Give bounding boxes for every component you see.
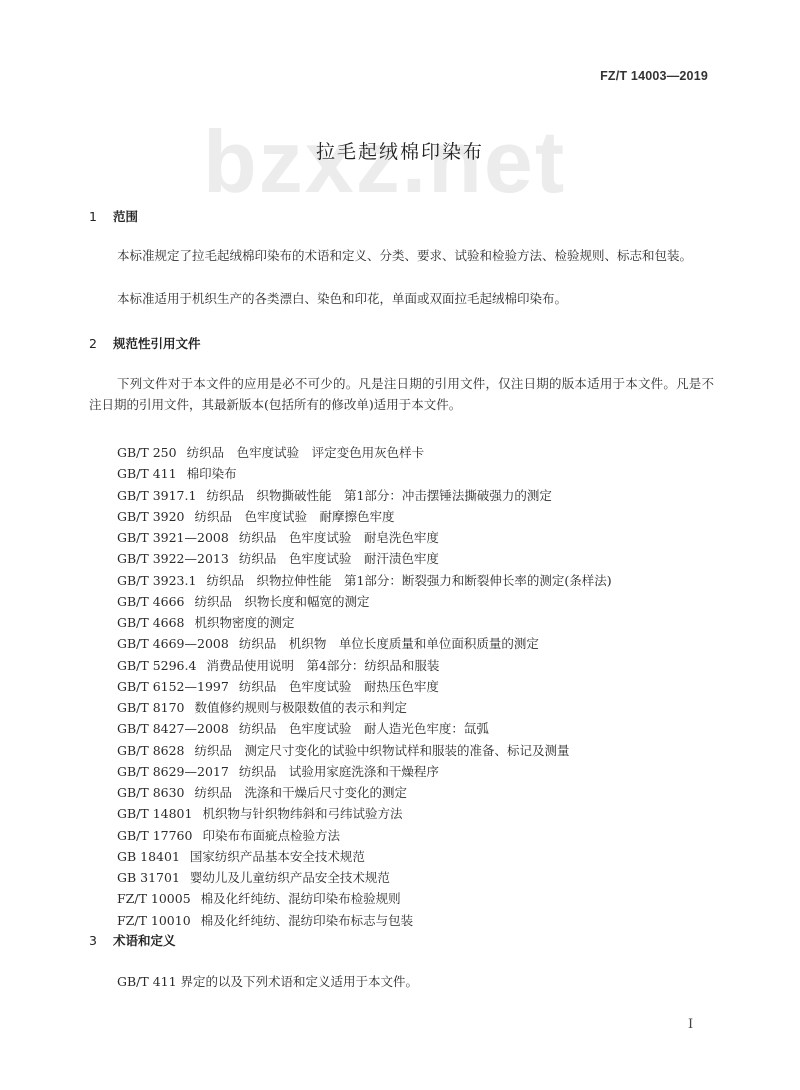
reference-item: GB/T 8629—2017纺织品 试验用家庭洗涤和干燥程序 bbox=[117, 761, 612, 782]
reference-code: GB/T 3922—2013 bbox=[117, 548, 229, 569]
reference-code: GB/T 250 bbox=[117, 442, 177, 463]
reference-code: GB/T 4668 bbox=[117, 612, 185, 633]
reference-code: GB 18401 bbox=[117, 846, 180, 867]
reference-code: GB/T 3923.1 bbox=[117, 570, 196, 591]
reference-code: GB/T 3920 bbox=[117, 506, 185, 527]
reference-code: GB/T 4666 bbox=[117, 591, 185, 612]
reference-item: GB/T 3923.1纺织品 织物拉伸性能 第1部分：断裂强力和断裂伸长率的测定… bbox=[117, 570, 612, 591]
reference-title: 国家纺织产品基本安全技术规范 bbox=[190, 849, 365, 864]
reference-item: GB/T 3921—2008纺织品 色牢度试验 耐皂洗色牢度 bbox=[117, 527, 612, 548]
reference-code: GB/T 8630 bbox=[117, 782, 185, 803]
reference-title: 机织物与针织物纬斜和弓纬试验方法 bbox=[202, 806, 402, 821]
reference-item: GB 18401国家纺织产品基本安全技术规范 bbox=[117, 846, 612, 867]
reference-code: GB 31701 bbox=[117, 867, 180, 888]
reference-code: GB/T 8170 bbox=[117, 697, 185, 718]
reference-title: 数值修约规则与极限数值的表示和判定 bbox=[195, 700, 408, 715]
reference-code: GB/T 14801 bbox=[117, 803, 192, 824]
section-number: 3 bbox=[89, 933, 113, 948]
reference-item: GB/T 5296.4消费品使用说明 第4部分：纺织品和服装 bbox=[117, 655, 612, 676]
reference-title: 纺织品 色牢度试验 评定变色用灰色样卡 bbox=[187, 445, 425, 460]
section-title: 规范性引用文件 bbox=[113, 336, 201, 351]
reference-title: 纺织品 色牢度试验 耐人造光色牢度：氙弧 bbox=[239, 721, 489, 736]
reference-title: 纺织品 织物撕破性能 第1部分：冲击摆锤法撕破强力的测定 bbox=[206, 488, 551, 503]
reference-code: GB/T 8628 bbox=[117, 740, 185, 761]
reference-code: GB/T 3917.1 bbox=[117, 485, 196, 506]
section-1-heading: 1范围 bbox=[89, 207, 138, 225]
reference-title: 纺织品 洗涤和干燥后尺寸变化的测定 bbox=[195, 785, 408, 800]
reference-title: 婴幼儿及儿童纺织产品安全技术规范 bbox=[190, 870, 390, 885]
reference-code: FZ/T 10005 bbox=[117, 888, 191, 909]
reference-code: GB/T 17760 bbox=[117, 825, 192, 846]
reference-title: 纺织品 试验用家庭洗涤和干燥程序 bbox=[239, 764, 439, 779]
reference-item: GB/T 8630纺织品 洗涤和干燥后尺寸变化的测定 bbox=[117, 782, 612, 803]
reference-code: GB/T 411 bbox=[117, 463, 177, 484]
reference-item: GB/T 4666纺织品 织物长度和幅宽的测定 bbox=[117, 591, 612, 612]
section-number: 2 bbox=[89, 336, 113, 351]
reference-title: 棉印染布 bbox=[187, 466, 237, 481]
section-number: 1 bbox=[89, 209, 113, 224]
reference-item: GB/T 4668机织物密度的测定 bbox=[117, 612, 612, 633]
reference-title: 纺织品 织物长度和幅宽的测定 bbox=[195, 594, 370, 609]
section-3-heading: 3术语和定义 bbox=[89, 931, 176, 949]
reference-title: 机织物密度的测定 bbox=[195, 615, 295, 630]
reference-code: GB/T 8427—2008 bbox=[117, 718, 229, 739]
reference-title: 纺织品 色牢度试验 耐汗渍色牢度 bbox=[239, 551, 439, 566]
reference-item: GB/T 4669—2008纺织品 机织物 单位长度质量和单位面积质量的测定 bbox=[117, 633, 612, 654]
reference-code: GB/T 8629—2017 bbox=[117, 761, 229, 782]
reference-title: 棉及化纤纯纺、混纺印染布标志与包装 bbox=[201, 913, 414, 928]
reference-code: GB/T 4669—2008 bbox=[117, 633, 229, 654]
reference-item: FZ/T 10010棉及化纤纯纺、混纺印染布标志与包装 bbox=[117, 910, 612, 931]
reference-title: 消费品使用说明 第4部分：纺织品和服装 bbox=[206, 658, 439, 673]
reference-item: GB/T 411棉印染布 bbox=[117, 463, 612, 484]
reference-item: GB 31701婴幼儿及儿童纺织产品安全技术规范 bbox=[117, 867, 612, 888]
document-title: 拉毛起绒棉印染布 bbox=[0, 137, 800, 164]
reference-item: GB/T 14801机织物与针织物纬斜和弓纬试验方法 bbox=[117, 803, 612, 824]
reference-item: GB/T 8170数值修约规则与极限数值的表示和判定 bbox=[117, 697, 612, 718]
reference-item: FZ/T 10005棉及化纤纯纺、混纺印染布检验规则 bbox=[117, 888, 612, 909]
normative-references-list: GB/T 250纺织品 色牢度试验 评定变色用灰色样卡GB/T 411棉印染布G… bbox=[117, 442, 612, 931]
reference-item: GB/T 6152—1997纺织品 色牢度试验 耐热压色牢度 bbox=[117, 676, 612, 697]
reference-title: 棉及化纤纯纺、混纺印染布检验规则 bbox=[201, 891, 401, 906]
reference-code: GB/T 6152—1997 bbox=[117, 676, 229, 697]
reference-code: GB/T 3921—2008 bbox=[117, 527, 229, 548]
reference-title: 纺织品 色牢度试验 耐热压色牢度 bbox=[239, 679, 439, 694]
reference-item: GB/T 8628纺织品 测定尺寸变化的试验中织物试样和服装的准备、标记及测量 bbox=[117, 740, 612, 761]
reference-title: 纺织品 织物拉伸性能 第1部分：断裂强力和断裂伸长率的测定(条样法) bbox=[206, 573, 611, 588]
reference-item: GB/T 250纺织品 色牢度试验 评定变色用灰色样卡 bbox=[117, 442, 612, 463]
section-3-paragraph-1: GB/T 411 界定的以及下列术语和定义适用于本文件。 bbox=[89, 971, 714, 992]
reference-code: FZ/T 10010 bbox=[117, 910, 191, 931]
reference-item: GB/T 3917.1纺织品 织物撕破性能 第1部分：冲击摆锤法撕破强力的测定 bbox=[117, 485, 612, 506]
section-2-paragraph-1: 下列文件对于本文件的应用是必不可少的。凡是注日期的引用文件，仅注日期的版本适用于… bbox=[89, 373, 714, 415]
section-1-paragraph-1: 本标准规定了拉毛起绒棉印染布的术语和定义、分类、要求、试验和检验方法、检验规则、… bbox=[89, 245, 714, 266]
reference-title: 印染布布面疵点检验方法 bbox=[202, 828, 340, 843]
reference-item: GB/T 3922—2013纺织品 色牢度试验 耐汗渍色牢度 bbox=[117, 548, 612, 569]
standard-code: FZ/T 14003—2019 bbox=[600, 69, 708, 83]
reference-title: 纺织品 色牢度试验 耐皂洗色牢度 bbox=[239, 530, 439, 545]
reference-title: 纺织品 机织物 单位长度质量和单位面积质量的测定 bbox=[239, 636, 539, 651]
page-number: I bbox=[688, 1017, 693, 1032]
reference-item: GB/T 8427—2008纺织品 色牢度试验 耐人造光色牢度：氙弧 bbox=[117, 718, 612, 739]
reference-item: GB/T 3920纺织品 色牢度试验 耐摩擦色牢度 bbox=[117, 506, 612, 527]
section-2-heading: 2规范性引用文件 bbox=[89, 334, 201, 352]
reference-item: GB/T 17760印染布布面疵点检验方法 bbox=[117, 825, 612, 846]
section-1-paragraph-2: 本标准适用于机织生产的各类漂白、染色和印花，单面或双面拉毛起绒棉印染布。 bbox=[89, 288, 714, 309]
reference-title: 纺织品 测定尺寸变化的试验中织物试样和服装的准备、标记及测量 bbox=[195, 743, 570, 758]
section-title: 范围 bbox=[113, 209, 138, 224]
section-title: 术语和定义 bbox=[113, 933, 176, 948]
reference-code: GB/T 5296.4 bbox=[117, 655, 196, 676]
reference-title: 纺织品 色牢度试验 耐摩擦色牢度 bbox=[195, 509, 395, 524]
